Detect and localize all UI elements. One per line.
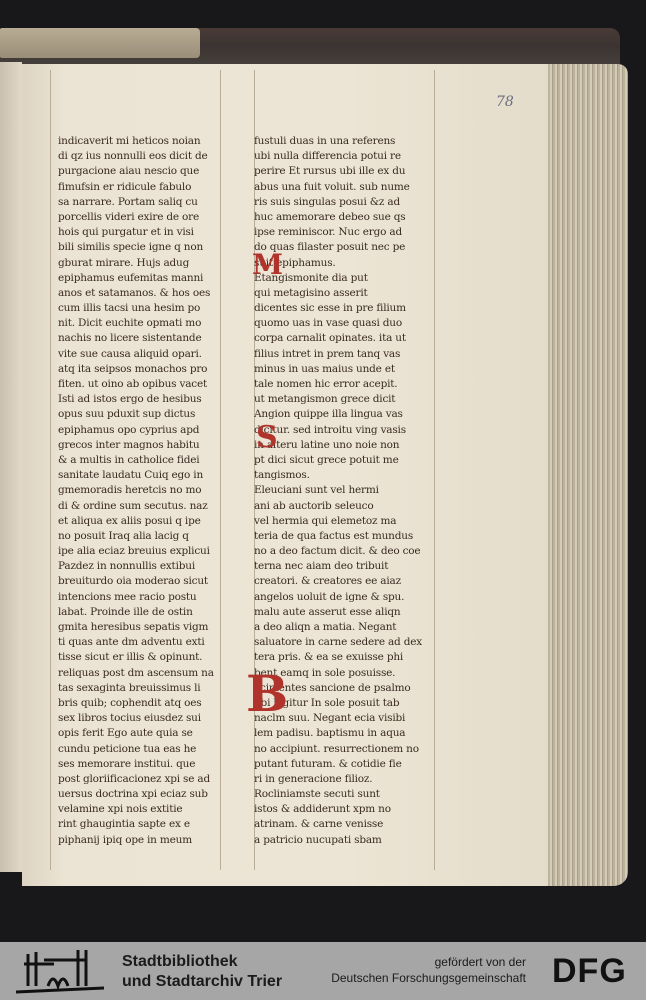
- manuscript-line: ri in generacione filioz.: [254, 772, 430, 787]
- funding-line-1: gefördert von der: [331, 954, 526, 970]
- institution-line-2: und Stadtarchiv Trier: [122, 972, 282, 992]
- left-page-edge: [0, 62, 22, 872]
- manuscript-line: cum illis tacsi una hesim po: [58, 301, 230, 316]
- manuscript-line: a patricio nucupati sbam: [254, 833, 430, 848]
- manuscript-line: no accipiunt. resurrectionem no: [254, 742, 430, 757]
- manuscript-line: rint ghaugintia sapte ex e: [58, 817, 230, 832]
- manuscript-line: post gloriificacionez xpi se ad: [58, 772, 230, 787]
- manuscript-line: ut metangismon grece dicit: [254, 392, 430, 407]
- manuscript-line: Isti ad istos ergo de hesibus: [58, 392, 230, 407]
- right-text-column: fustuli duas in una referensubi nulla di…: [254, 134, 430, 848]
- manuscript-line: no posuit Iraq alia lacig q: [58, 529, 230, 544]
- manuscript-line: di & ordine sum secutus. naz: [58, 499, 230, 514]
- manuscript-line: & a multis in catholice fidei: [58, 453, 230, 468]
- manuscript-line: ipse reminiscor. Nuc ergo ad: [254, 225, 430, 240]
- manuscript-line: minus in uas maius unde et: [254, 362, 430, 377]
- manuscript-line: filius intret in prem tanq vas: [254, 347, 430, 362]
- institution-name: Stadtbibliothek und Stadtarchiv Trier: [122, 952, 282, 992]
- funding-line-2: Deutschen Forschungsgemeinschaft: [331, 970, 526, 986]
- manuscript-line: Rocliniamste secuti sunt: [254, 787, 430, 802]
- manuscript-line: sex libros tocius eiusdez sui: [58, 711, 230, 726]
- manuscript-line: purgacione aiau nescio que: [58, 164, 230, 179]
- manuscript-line: putant futuram. & cotidie fie: [254, 757, 430, 772]
- manuscript-line: abus una fuit voluit. sub nume: [254, 180, 430, 195]
- manuscript-line: di qz ius nonnulli eos dicit de: [58, 149, 230, 164]
- trier-library-logo-icon: [14, 946, 114, 996]
- manuscript-line: opus suu pduxit sup dictus: [58, 407, 230, 422]
- manuscript-line: quomo uas in vase quasi duo: [254, 316, 430, 331]
- manuscript-line: tisse sicut er illis & opinunt.: [58, 650, 230, 665]
- manuscript-line: sa narrare. Portam saliq cu: [58, 195, 230, 210]
- manuscript-line: no a deo factum dicit. & deo coe: [254, 544, 430, 559]
- manuscript-line: tangismos.: [254, 468, 430, 483]
- manuscript-line: saluatore in carne sedere ad dex: [254, 635, 430, 650]
- manuscript-line: bris quib; cophendit atq oes: [58, 696, 230, 711]
- dfg-logo: DFG: [552, 954, 627, 988]
- manuscript-line: porcellis videri exire de ore: [58, 210, 230, 225]
- page-stack-fore-edge: [548, 64, 628, 886]
- manuscript-line: et aliqua ex aliis posui q ipe: [58, 514, 230, 529]
- manuscript-line: nit. Dicit euchite opmati mo: [58, 316, 230, 331]
- manuscript-line: fiten. ut oino ab opibus vacet: [58, 377, 230, 392]
- institution-line-1: Stadtbibliothek: [122, 952, 282, 972]
- manuscript-line: labat. Proinde ille de ostin: [58, 605, 230, 620]
- manuscript-line: fimufsin er ridicule fabulo: [58, 180, 230, 195]
- manuscript-line: reliquas post dm ascensum na: [58, 666, 230, 681]
- manuscript-line: epiphamus opo cyprius apd: [58, 423, 230, 438]
- manuscript-line: velamine xpi nois extitie: [58, 802, 230, 817]
- manuscript-line: ti quas ante dm adventu exti: [58, 635, 230, 650]
- manuscript-line: hois qui purgatur et in visi: [58, 225, 230, 240]
- ruling-line: [50, 70, 51, 870]
- manuscript-line: pt dici sicut grece potuit me: [254, 453, 430, 468]
- manuscript-line: istos & addiderunt xpm no: [254, 802, 430, 817]
- footer-banner: Stadtbibliothek und Stadtarchiv Trier ge…: [0, 942, 646, 1000]
- decorated-initial-b: B: [246, 664, 288, 723]
- manuscript-line: dicentes sic esse in pre filium: [254, 301, 430, 316]
- manuscript-line: in alteru latine uno noie non: [254, 438, 430, 453]
- manuscript-line: anos et satamanos. & hos oes: [58, 286, 230, 301]
- decorated-initial-s: S: [256, 420, 278, 455]
- manuscript-line: ani ab auctorib seleuco: [254, 499, 430, 514]
- manuscript-line: atrinam. & carne venisse: [254, 817, 430, 832]
- manuscript-line: gmita heresibus sepatis vigm: [58, 620, 230, 635]
- folio-number: 78: [496, 94, 514, 110]
- manuscript-line: fustuli duas in una referens: [254, 134, 430, 149]
- decorated-initial-m: M: [252, 248, 283, 281]
- manuscript-line: qui metagisino asserit: [254, 286, 430, 301]
- manuscript-line: gburat mirare. Hujs adug: [58, 256, 230, 271]
- manuscript-line: atq ita seipsos monachos pro: [58, 362, 230, 377]
- manuscript-line: Eleuciani sunt vel hermi: [254, 483, 430, 498]
- manuscript-line: perire Et rursus ubi ille ex du: [254, 164, 430, 179]
- manuscript-line: uersus doctrina xpi eciaz sub: [58, 787, 230, 802]
- manuscript-line: terna nec aiam deo tribuit: [254, 559, 430, 574]
- manuscript-line: sanitate laudatu Cuiq ego in: [58, 468, 230, 483]
- manuscript-line: indicaverit mi heticos noian: [58, 134, 230, 149]
- manuscript-line: Pazdez in nonnullis extibui: [58, 559, 230, 574]
- manuscript-line: grecos inter magnos habitu: [58, 438, 230, 453]
- manuscript-line: creatori. & creatores ee aiaz: [254, 574, 430, 589]
- manuscript-line: tale nomen hic error acepit.: [254, 377, 430, 392]
- manuscript-line: cundu peticione tua eas he: [58, 742, 230, 757]
- manuscript-line: corpa carnalit opinates. ita ut: [254, 331, 430, 346]
- manuscript-line: angelos uoluit de igne & spu.: [254, 590, 430, 605]
- manuscript-line: Angion quippe illa lingua vas: [254, 407, 430, 422]
- manuscript-line: teria de qua factus est mundus: [254, 529, 430, 544]
- manuscript-line: gmemoradis heretcis no mo: [58, 483, 230, 498]
- manuscript-line: vel hermia qui elemetoz ma: [254, 514, 430, 529]
- manuscript-line: breuiturdo oia moderao sicut: [58, 574, 230, 589]
- manuscript-line: lem padisu. baptismu in aqua: [254, 726, 430, 741]
- manuscript-line: dicitur. sed introitu ving vasis: [254, 423, 430, 438]
- manuscript-line: piphanij ipiq ope in meum: [58, 833, 230, 848]
- manuscript-line: ipe alia eciaz breuius explicui: [58, 544, 230, 559]
- funding-note: gefördert von der Deutschen Forschungsge…: [331, 954, 526, 986]
- manuscript-line: ris suis singulas posui &z ad: [254, 195, 430, 210]
- ruling-line: [434, 70, 435, 870]
- photo-scene: 78 indicaverit mi heticos noiandi qz ius…: [0, 0, 646, 942]
- binding-strip: [0, 28, 200, 58]
- manuscript-line: huc amemorare debeo sue qs: [254, 210, 430, 225]
- manuscript-line: opis ferit Ego aute quia se: [58, 726, 230, 741]
- manuscript-line: bili similis specie igne q non: [58, 240, 230, 255]
- manuscript-line: nachis no licere sistentande: [58, 331, 230, 346]
- manuscript-line: intencions mee racio postu: [58, 590, 230, 605]
- manuscript-line: ubi nulla differencia potui re: [254, 149, 430, 164]
- left-text-column: indicaverit mi heticos noiandi qz ius no…: [58, 134, 230, 848]
- manuscript-line: a deo aliqn a matia. Negant: [254, 620, 430, 635]
- manuscript-line: malu aute asserut esse aliqn: [254, 605, 430, 620]
- manuscript-line: tas sexaginta breuissimus li: [58, 681, 230, 696]
- manuscript-line: ses memorare institui. que: [58, 757, 230, 772]
- manuscript-line: vite sue causa aliquid opari.: [58, 347, 230, 362]
- manuscript-line: epiphamus eufemitas manni: [58, 271, 230, 286]
